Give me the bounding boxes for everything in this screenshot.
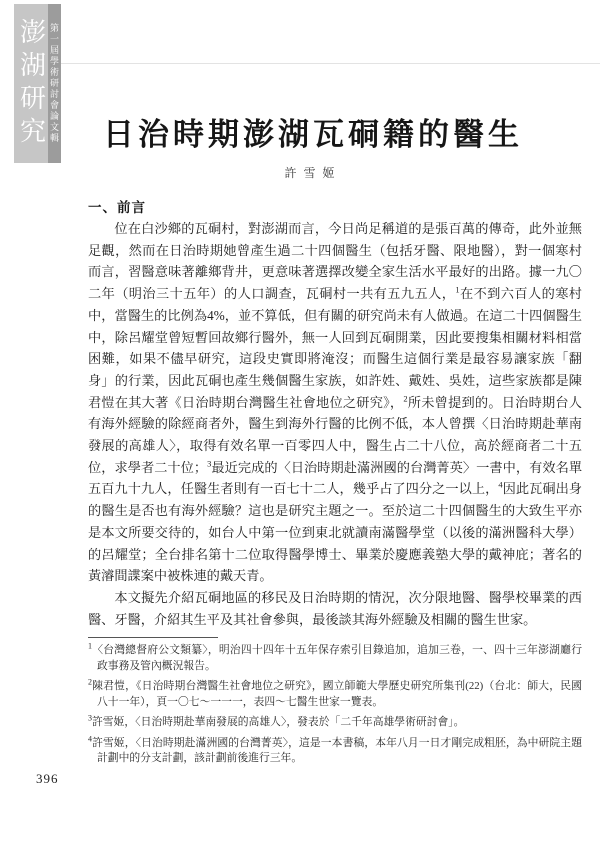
body-paragraphs: 位在白沙鄉的瓦硐村，對澎湖而言，今日尚足稱道的是張百萬的傳奇，此外並無足觀，然而… <box>88 218 582 630</box>
footnote: 3許雪姬，〈日治時期赴華南發展的高雄人〉，發表於「二千年高雄學術研討會」。 <box>88 715 582 731</box>
footnote: 1〈台灣總督府公文類纂〉，明治四十四年十五年保存索引目錄追加，追加三卷，一、四十… <box>88 643 582 674</box>
footnote-marker: 4 <box>498 480 502 490</box>
header-rule <box>61 63 600 64</box>
paragraph: 本文擬先介紹瓦硐地區的移民及日治時期的情況，次分限地醫、醫學校畢業的西醫、牙醫，… <box>88 587 582 630</box>
author-name: 許雪姬 <box>78 164 548 181</box>
series-title: 澎湖研究 <box>14 4 48 163</box>
footnote-number: 2 <box>88 677 92 686</box>
footnote-marker: 3 <box>207 458 211 468</box>
paragraph: 位在白沙鄉的瓦硐村，對澎湖而言，今日尚足稱道的是張百萬的傳奇，此外並無足觀，然而… <box>88 218 582 587</box>
footnote-marker: 2 <box>403 393 407 403</box>
footnote-number: 3 <box>88 713 92 722</box>
footnote-number: 4 <box>88 734 92 743</box>
series-banner: 澎湖研究 第一屆學術研討會論文輯 <box>14 4 61 163</box>
page-title: 日治時期澎湖瓦硐籍的醫生 <box>78 109 548 154</box>
footnote: 4許雪姬，〈日治時期赴滿洲國的台灣菁英〉，這是一本書稿，本年八月一日才剛完成粗胚… <box>88 736 582 767</box>
footnote-number: 1 <box>88 641 92 650</box>
footnote-marker: 1 <box>455 285 459 295</box>
footnote-list: 1〈台灣總督府公文類纂〉，明治四十四年十五年保存索引目錄追加，追加三卷，一、四十… <box>88 643 582 772</box>
footnote-separator <box>88 637 218 638</box>
section-heading: 一、前言 <box>88 196 146 216</box>
page-number: 396 <box>36 771 59 787</box>
series-subtitle: 第一屆學術研討會論文輯 <box>48 4 61 163</box>
footnote: 2陳君愷，《日治時期台灣醫生社會地位之研究》，國立師範大學歷史研究所集刊(22)… <box>88 679 582 710</box>
